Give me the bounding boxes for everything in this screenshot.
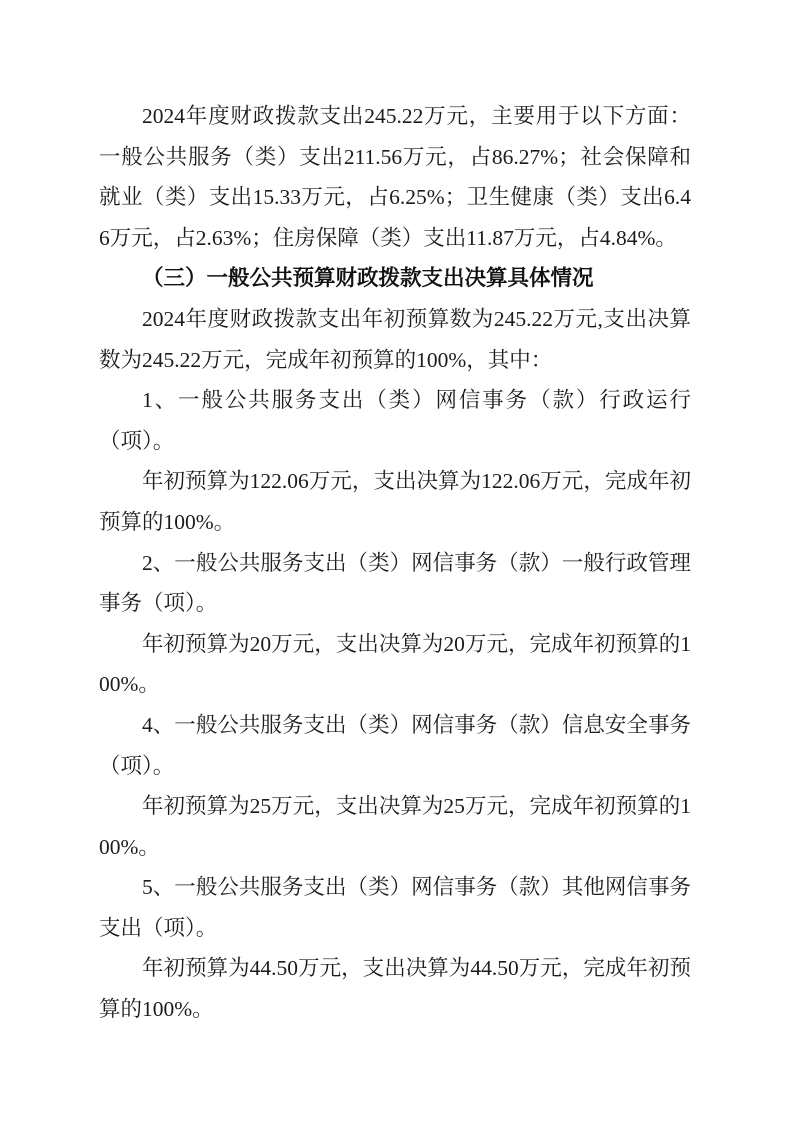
budget-vs-final-accounts-summary-paragraph: 2024年度财政拨款支出年初预算数为245.22万元,支出决算数为245.22万… — [99, 299, 691, 380]
document-text-block: 2024年度财政拨款支出245.22万元，主要用于以下方面：一般公共服务（类）支… — [99, 96, 691, 1030]
item-1-detail-paragraph: 年初预算为122.06万元，支出决算为122.06万元，完成年初预算的100%。 — [99, 461, 691, 542]
item-4-detail-paragraph: 年初预算为25万元，支出决算为25万元，完成年初预算的100%。 — [99, 786, 691, 867]
section-heading-general-budget-expenditure-details: （三）一般公共预算财政拨款支出决算具体情况 — [99, 258, 691, 299]
item-2-detail-paragraph: 年初预算为20万元，支出决算为20万元，完成年初预算的100%。 — [99, 624, 691, 705]
item-4-title-paragraph: 4、一般公共服务支出（类）网信事务（款）信息安全事务（项）。 — [99, 705, 691, 786]
document-page: 2024年度财政拨款支出245.22万元，主要用于以下方面：一般公共服务（类）支… — [0, 0, 793, 1122]
item-5-detail-paragraph: 年初预算为44.50万元，支出决算为44.50万元，完成年初预算的100%。 — [99, 948, 691, 1029]
item-5-title-paragraph: 5、一般公共服务支出（类）网信事务（款）其他网信事务支出（项）。 — [99, 867, 691, 948]
item-1-title-paragraph: 1、一般公共服务支出（类）网信事务（款）行政运行（项）。 — [99, 380, 691, 461]
fiscal-expenditure-overview-paragraph: 2024年度财政拨款支出245.22万元，主要用于以下方面：一般公共服务（类）支… — [99, 96, 691, 258]
item-2-title-paragraph: 2、一般公共服务支出（类）网信事务（款）一般行政管理事务（项）。 — [99, 543, 691, 624]
